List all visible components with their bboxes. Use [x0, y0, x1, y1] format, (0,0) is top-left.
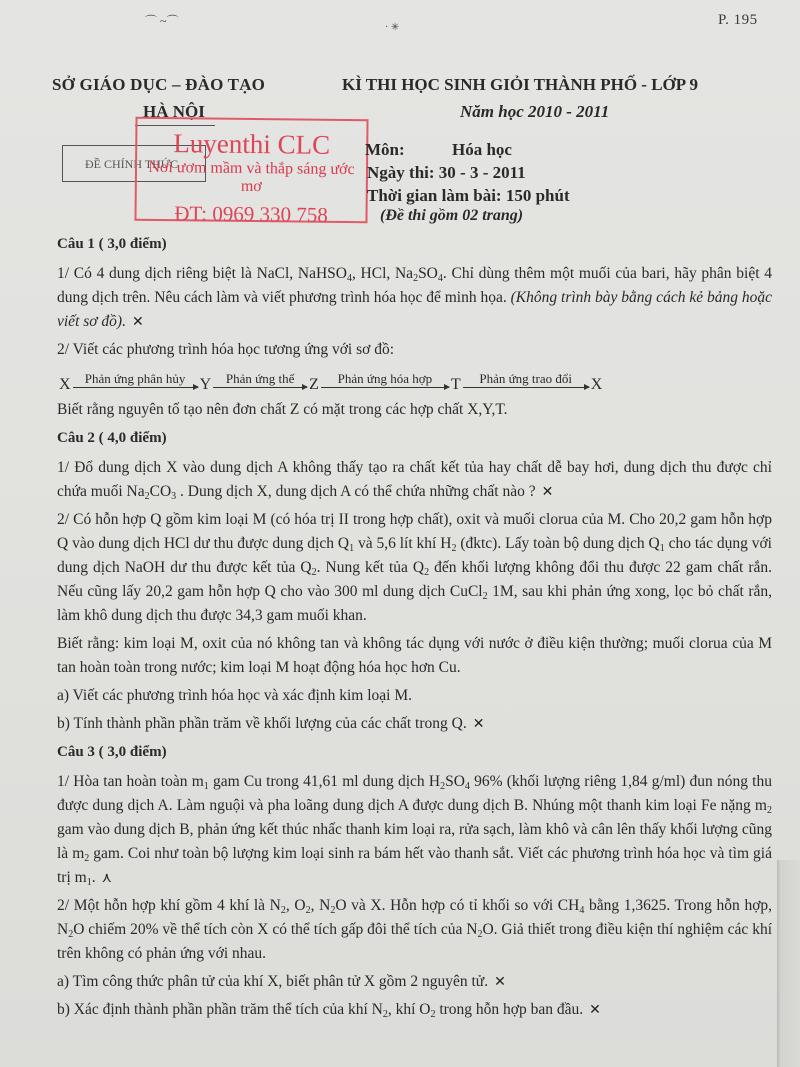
- reaction-arrow: Phản ứng phân hủy: [73, 376, 198, 394]
- school-year: Năm học 2010 - 2011: [460, 102, 609, 122]
- scan-specks: ⌒ ~⌒: [145, 12, 179, 29]
- arrow-icon: [463, 387, 589, 388]
- part-text: , HCl, Na: [352, 265, 413, 282]
- handwritten-check-mark-icon: ⋏: [102, 870, 112, 886]
- question-part: 1/ Có 4 dung dịch riêng biệt là NaCl, Na…: [57, 262, 772, 334]
- scheme-node: X: [57, 376, 73, 394]
- subject-label: Môn:: [365, 140, 405, 160]
- question-2: Câu 2 ( 4,0 điểm) 1/ Đổ dung dịch X vào …: [57, 426, 772, 736]
- part-text: . Nung kết tủa Q: [317, 559, 425, 576]
- page-edge-shadow: [777, 860, 800, 1067]
- arrow-icon: [73, 387, 198, 388]
- reaction-arrow: Phản ứng trao đổi: [463, 376, 589, 394]
- handwritten-x-mark-icon: ✕: [494, 974, 506, 990]
- handwritten-x-mark-icon: ✕: [473, 716, 485, 732]
- part-text: O chiếm 20% về thể tích còn X có thể tíc…: [73, 921, 477, 938]
- pages-note: (Đề thi gồm 02 trang): [380, 207, 523, 225]
- part-text: , khí O: [388, 1001, 431, 1018]
- arrow-label: Phản ứng phân hủy: [73, 372, 198, 386]
- page-number: P. 195: [718, 12, 758, 29]
- exam-content: Câu 1 ( 3,0 điểm) 1/ Có 4 dung dịch riên…: [57, 232, 772, 1022]
- red-stamp: Luyenthi CLC Nơi ươm mầm và thắp sáng ướ…: [134, 117, 368, 223]
- part-text: CO: [150, 483, 172, 500]
- part-text: SO: [445, 773, 465, 790]
- sub-question-b: b) Xác định thành phần phần trăm thể tíc…: [57, 998, 772, 1022]
- stamp-phone: ĐT: 0969 330 758: [136, 201, 365, 227]
- part-text: gam Cu trong 41,61 ml dung dịch H: [209, 773, 440, 790]
- question-part: 2/ Có hỗn hợp Q gồm kim loại M (có hóa t…: [57, 508, 772, 628]
- sub-question-b: b) Tính thành phần phần trăm về khối lượ…: [57, 712, 772, 736]
- question-part: 1/ Hòa tan hoàn toàn m1 gam Cu trong 41,…: [57, 770, 772, 890]
- sub-question-a: a) Tìm công thức phân tử của khí X, biết…: [57, 970, 772, 994]
- part-text: và 5,6 lít khí H: [354, 535, 451, 552]
- part-text: 1/ Có 4 dung dịch riêng biệt là NaCl, Na…: [57, 265, 347, 282]
- subject-value: Hóa học: [452, 140, 512, 160]
- part-text: trong hỗn hợp ban đầu.: [435, 1001, 583, 1018]
- part-text: a) Tìm công thức phân tử của khí X, biết…: [57, 973, 488, 990]
- arrow-icon: [213, 387, 307, 388]
- department-name: SỞ GIÁO DỤC – ĐÀO TẠO: [52, 75, 265, 95]
- reaction-arrow: Phản ứng thế: [213, 376, 307, 394]
- exam-title: KÌ THI HỌC SINH GIỎI THÀNH PHỐ - LỚP 9: [342, 75, 698, 95]
- part-text: 2/ Một hỗn hợp khí gồm 4 khí là N: [57, 897, 281, 914]
- question-part: 2/ Viết các phương trình hóa học tương ứ…: [57, 338, 772, 362]
- scheme-node: Y: [198, 376, 214, 394]
- reaction-scheme: X Phản ứng phân hủy Y Phản ứng thế Z Phả…: [57, 364, 772, 394]
- sub-question-a: a) Viết các phương trình hóa học và xác …: [57, 684, 772, 708]
- part-text: b) Tính thành phần phần trăm về khối lượ…: [57, 715, 467, 732]
- question-1: Câu 1 ( 3,0 điểm) 1/ Có 4 dung dịch riên…: [57, 232, 772, 422]
- question-note: Biết rằng nguyên tố tạo nên đơn chất Z c…: [57, 398, 772, 422]
- question-heading: Câu 1 ( 3,0 điểm): [57, 232, 772, 260]
- scan-specks: · ✳: [385, 22, 399, 33]
- part-text: , N: [311, 897, 331, 914]
- arrow-label: Phản ứng trao đổi: [463, 372, 589, 386]
- handwritten-x-mark-icon: ✕: [589, 1002, 601, 1018]
- part-text: (đktc). Lấy toàn bộ dung dịch Q: [456, 535, 659, 552]
- scheme-node: Z: [307, 376, 321, 394]
- question-part: 2/ Một hỗn hợp khí gồm 4 khí là N2, O2, …: [57, 894, 772, 966]
- part-text: SO: [418, 265, 438, 282]
- part-text: 1/ Hòa tan hoàn toàn m: [57, 773, 204, 790]
- question-note: Biết rằng: kim loại M, oxit của nó không…: [57, 632, 772, 680]
- subscript: 2: [767, 805, 772, 816]
- question-heading: Câu 2 ( 4,0 điểm): [57, 426, 772, 454]
- question-3: Câu 3 ( 3,0 điểm) 1/ Hòa tan hoàn toàn m…: [57, 740, 772, 1022]
- question-heading: Câu 3 ( 3,0 điểm): [57, 740, 772, 768]
- part-text: , O: [286, 897, 306, 914]
- part-text: gam. Coi như toàn bộ lượng kim loại sinh…: [57, 845, 772, 886]
- handwritten-x-mark-icon: ✕: [542, 484, 554, 500]
- exam-date: Ngày thi: 30 - 3 - 2011: [367, 163, 526, 183]
- exam-duration: Thời gian làm bài: 150 phút: [367, 186, 570, 206]
- arrow-label: Phản ứng thế: [213, 372, 307, 386]
- part-text: . Dung dịch X, dung dịch A có thể chứa n…: [176, 483, 535, 500]
- arrow-icon: [321, 387, 449, 388]
- handwritten-x-mark-icon: ✕: [132, 314, 144, 330]
- stamp-slogan: Nơi ươm mầm và thắp sáng ước mơ: [137, 159, 366, 197]
- scheme-node: X: [589, 376, 605, 394]
- part-text: .: [92, 869, 96, 886]
- scheme-node: T: [449, 376, 463, 394]
- question-part: 1/ Đổ dung dịch X vào dung dịch A không …: [57, 456, 772, 504]
- part-text: O và X. Hỗn hợp có tỉ khối so với CH: [335, 897, 579, 914]
- part-text: b) Xác định thành phần phần trăm thể tíc…: [57, 1001, 383, 1018]
- stamp-title: Luyenthi CLC: [137, 129, 366, 159]
- reaction-arrow: Phản ứng hóa hợp: [321, 376, 449, 394]
- arrow-label: Phản ứng hóa hợp: [321, 372, 449, 386]
